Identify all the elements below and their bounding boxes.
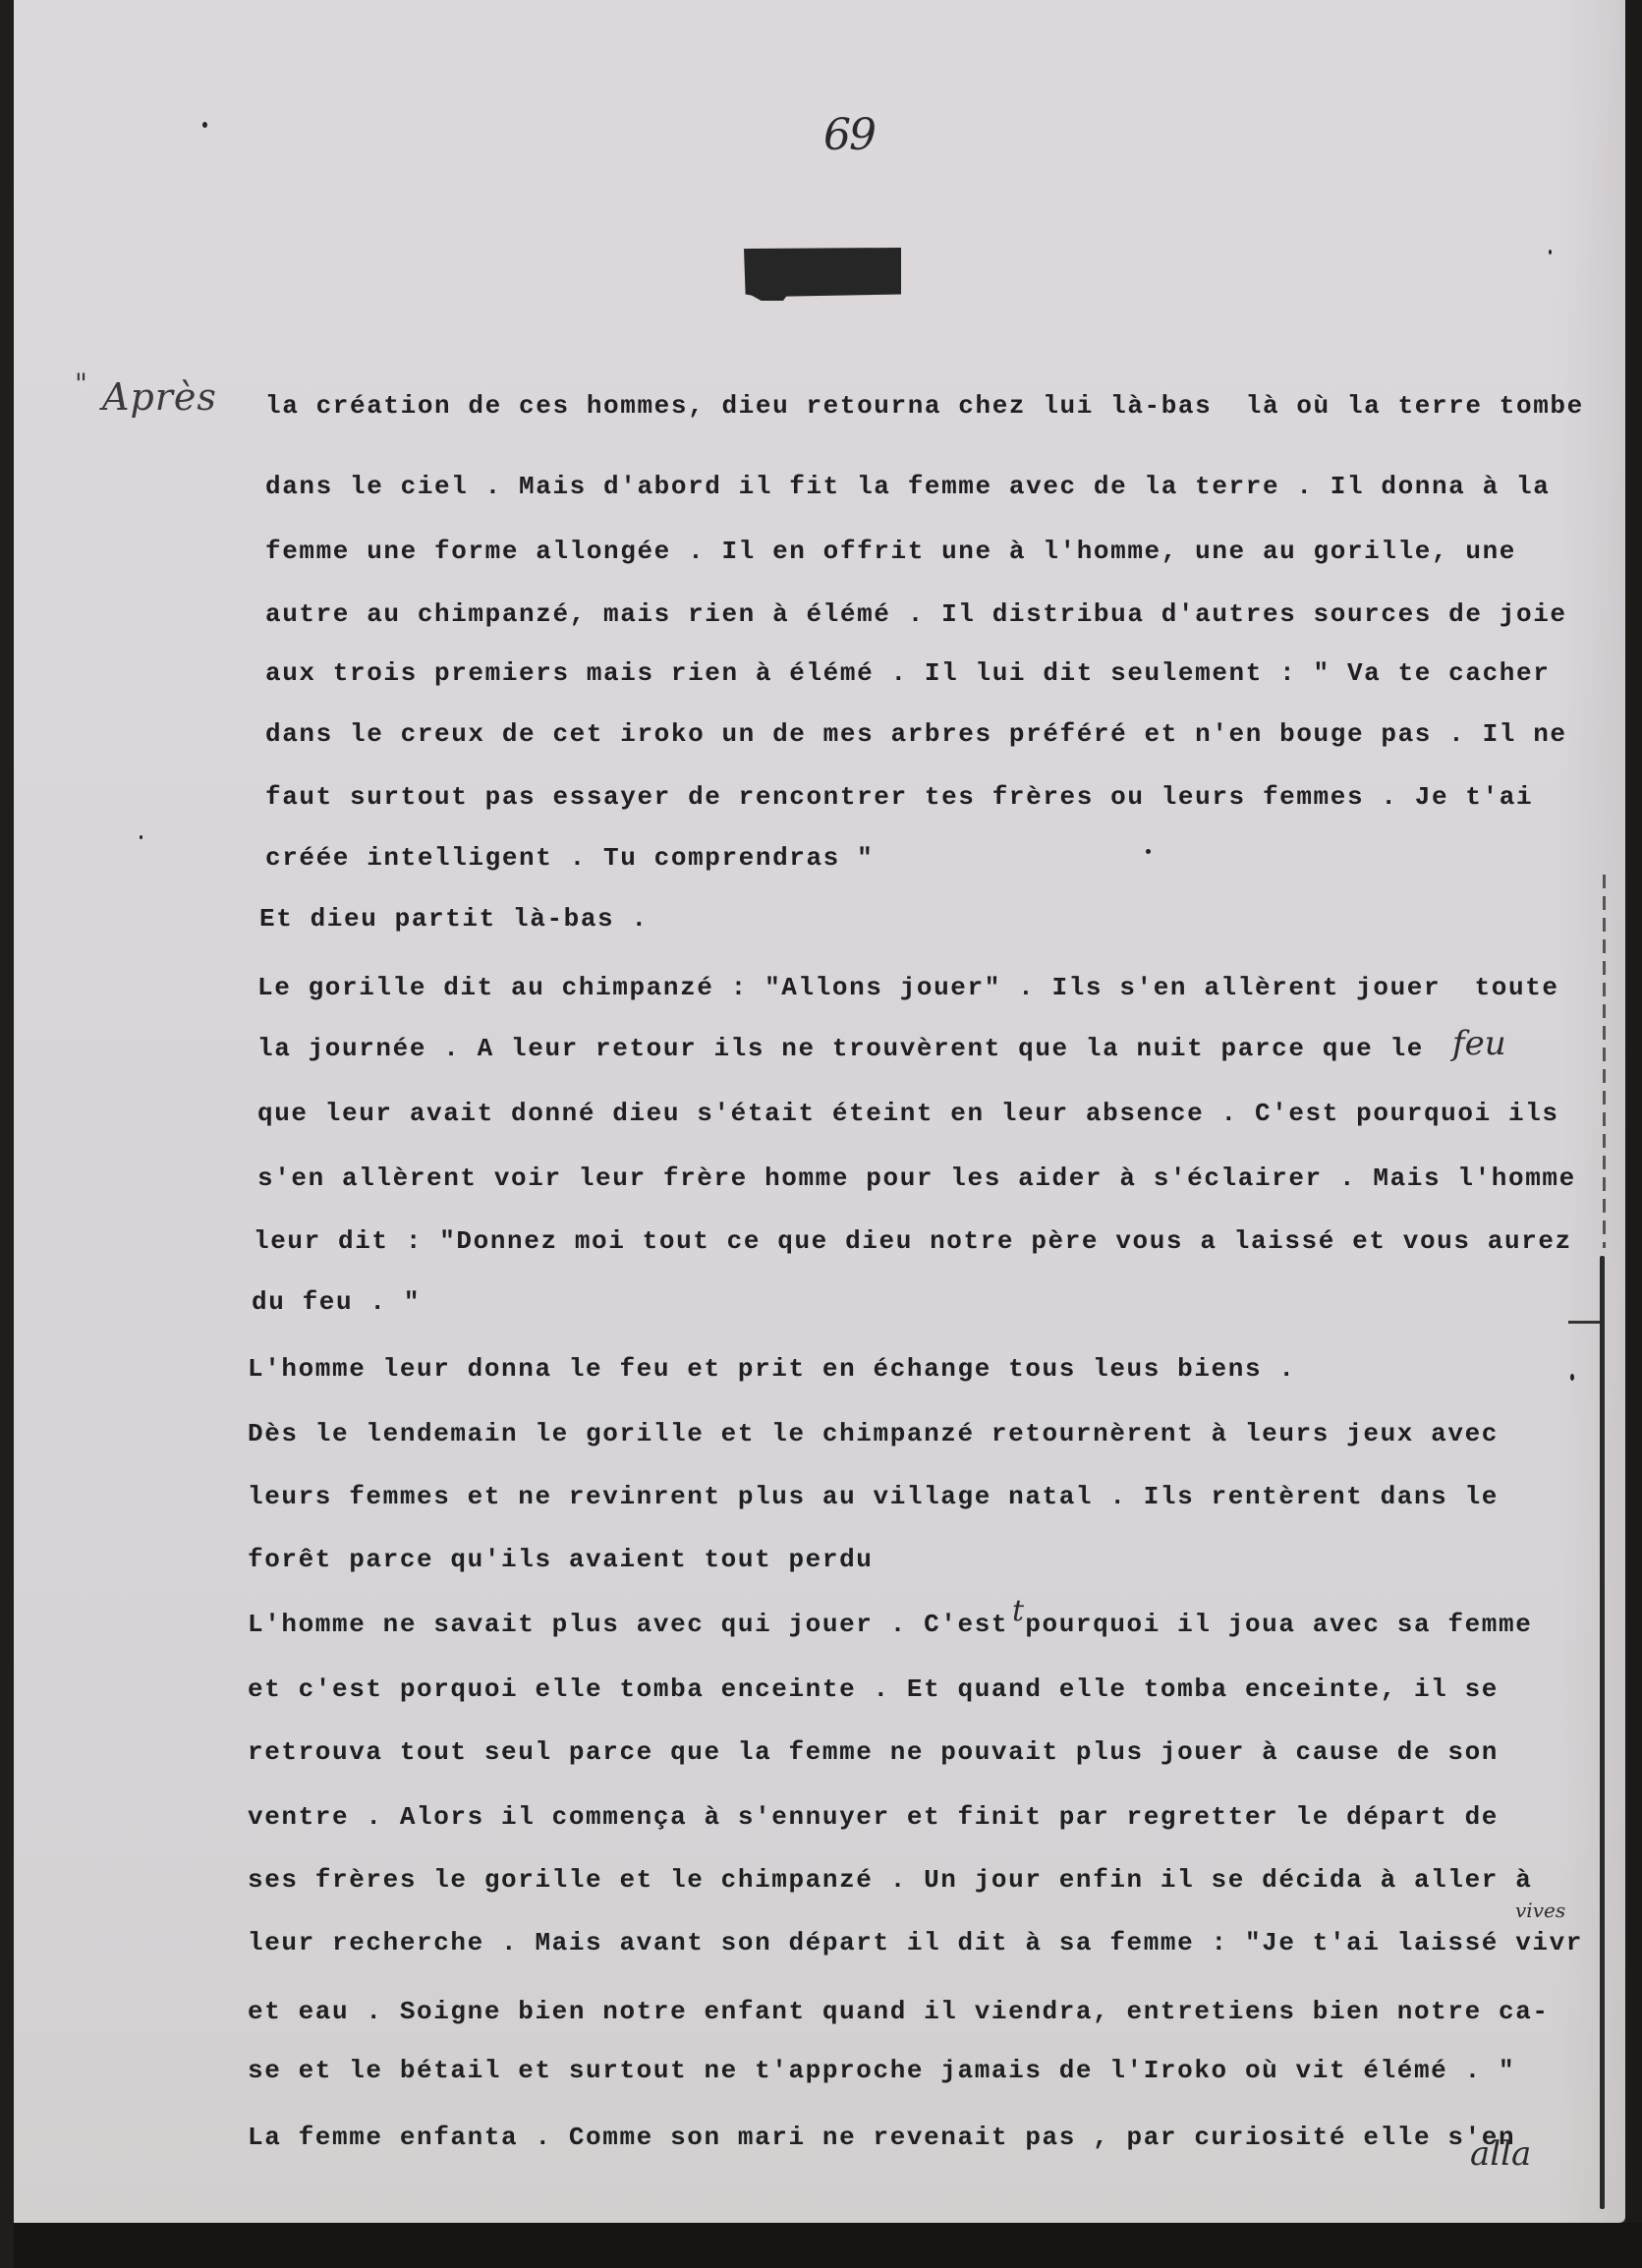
page-shadow (1557, 0, 1625, 2223)
ink-speck (1549, 250, 1552, 255)
redacted-title-block (744, 248, 901, 301)
typed-line: dans le ciel . Mais d'abord il fit la fe… (265, 472, 1550, 501)
margin-tick-mark (1568, 1321, 1600, 1324)
typed-line: autre au chimpanzé, mais rien à élémé . … (265, 599, 1567, 629)
typed-line: créée intelligent . Tu comprendras " (265, 843, 874, 873)
typed-line: s'en allèrent voir leur frère homme pour… (257, 1163, 1576, 1193)
typed-line: femme une forme allongée . Il en offrit … (265, 537, 1516, 566)
typed-line: ventre . Alors il commença à s'ennuyer e… (248, 1802, 1499, 1832)
typed-line: L'homme leur donna le feu et prit en éch… (248, 1354, 1296, 1384)
typed-line: Le gorille dit au chimpanzé : "Allons jo… (257, 973, 1559, 1002)
margin-dashed-rule (1603, 875, 1606, 1248)
typed-line: aux trois premiers mais rien à élémé . I… (265, 658, 1550, 688)
handwritten-correction-alla: alla (1470, 2134, 1531, 2174)
typed-line: se et le bétail et surtout ne t'approche… (248, 2056, 1515, 2085)
typed-line: du feu . " (252, 1287, 421, 1317)
typed-line: retrouva tout seul parce que la femme ne… (248, 1737, 1499, 1767)
typed-line: la création de ces hommes, dieu retourna… (265, 391, 1584, 421)
margin-vertical-rule (1600, 1256, 1605, 2209)
typed-line: leur dit : "Donnez moi tout ce que dieu … (254, 1226, 1572, 1256)
ink-speck (140, 835, 142, 839)
typed-line: et c'est porquoi elle tomba enceinte . E… (248, 1674, 1499, 1704)
handwritten-correction-feu: feu (1452, 1024, 1506, 1063)
scan-bottom-edge (14, 2223, 1642, 2268)
typed-line: Dès le lendemain le gorille et le chimpa… (248, 1419, 1499, 1448)
typed-line: dans le creux de cet iroko un de mes arb… (265, 719, 1567, 749)
handwritten-correction-vives: vives (1515, 1899, 1565, 1922)
ink-speck (1570, 1374, 1574, 1381)
ink-speck (202, 122, 207, 128)
typed-line: faut surtout pas essayer de rencontrer t… (265, 782, 1533, 812)
typed-line: ses frères le gorille et le chimpanzé . … (248, 1865, 1532, 1895)
typed-line: que leur avait donné dieu s'était éteint… (257, 1099, 1559, 1128)
typed-line: forêt parce qu'ils avaient tout perdu (248, 1545, 874, 1574)
typed-line: La femme enfanta . Comme son mari ne rev… (248, 2123, 1515, 2152)
ink-speck (1146, 849, 1151, 854)
typed-line: et eau . Soigne bien notre enfant quand … (248, 1997, 1550, 2026)
typed-line: leurs femmes et ne revinrent plus au vil… (248, 1482, 1499, 1511)
margin-handwritten-word: Après (102, 375, 217, 419)
typed-line: leur recherche . Mais avant son départ i… (248, 1928, 1583, 1957)
margin-quote-mark: " (75, 368, 87, 400)
handwritten-insert-t: t (1012, 1594, 1024, 1628)
typed-line: Et dieu partit là-bas . (259, 904, 649, 934)
page-number: 69 (823, 110, 875, 160)
typed-line: la journée . A leur retour ils ne trouvè… (257, 1034, 1424, 1063)
scan-left-edge (0, 0, 14, 2268)
typed-line: L'homme ne savait plus avec qui jouer . … (248, 1610, 1532, 1639)
